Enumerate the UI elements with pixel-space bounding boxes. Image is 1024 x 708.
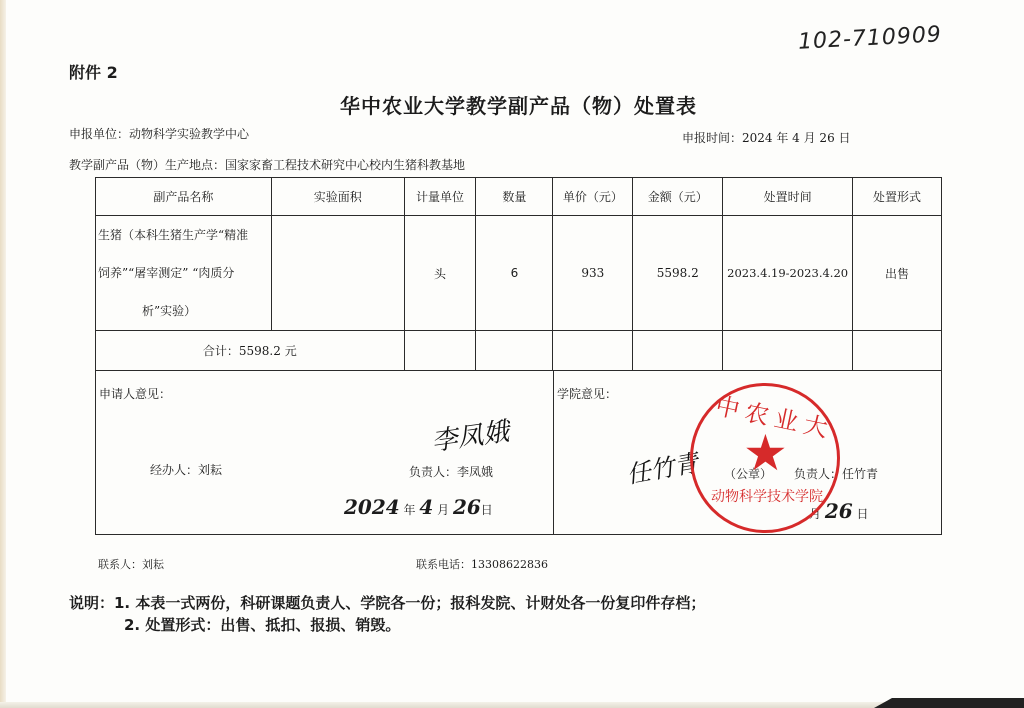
attachment-label: 附件 2 bbox=[69, 60, 118, 83]
empty-cell bbox=[853, 331, 942, 371]
report-unit: 申报单位：动物科学实验教学中心 bbox=[69, 125, 249, 142]
day-label: 日 bbox=[481, 503, 493, 517]
total-cell: 合计：5598.2 元 bbox=[96, 331, 405, 371]
area-cell bbox=[271, 216, 404, 331]
applicant-opinion-section: 申请人意见： 经办人：刘耘 负责人：李凤娥 李凤娥 2024 年 4 月 26日 bbox=[95, 371, 554, 535]
header-cell: 处置时间 bbox=[723, 178, 853, 216]
production-location: 教学副产品（物）生产地点：国家家畜工程技术研究中心校内生猪科教基地 bbox=[69, 156, 465, 173]
note-line-2: 2. 处置形式：出售、抵扣、报损、销毁。 bbox=[124, 614, 400, 635]
handler-name: 经办人：刘耘 bbox=[150, 461, 222, 478]
empty-cell bbox=[404, 331, 476, 371]
empty-cell bbox=[553, 331, 633, 371]
contact-person: 联系人：刘耘 bbox=[98, 556, 164, 572]
header-cell: 副产品名称 bbox=[96, 178, 272, 216]
table-row: 生猪（本科生猪生产学“精准 饲养”“屠宰测定” “肉质分 析”实验） 头 6 9… bbox=[96, 216, 942, 331]
header-cell: 金额（元） bbox=[633, 178, 723, 216]
disposal-table: 副产品名称 实验面积 计量单位 数量 单价（元） 金额（元） 处置时间 处置形式… bbox=[95, 177, 942, 371]
official-seal: 中农业大 ★ 动物科学技术学院 bbox=[690, 383, 840, 533]
star-icon: ★ bbox=[743, 428, 788, 478]
background-corner bbox=[874, 698, 1024, 708]
applicant-sign-date: 2024 年 4 月 26日 bbox=[344, 495, 493, 519]
header-cell: 计量单位 bbox=[404, 178, 476, 216]
empty-cell bbox=[633, 331, 723, 371]
header-cell: 数量 bbox=[476, 178, 553, 216]
empty-cell bbox=[723, 331, 853, 371]
header-cell: 单价（元） bbox=[553, 178, 633, 216]
handwritten-month: 4 bbox=[419, 495, 433, 519]
table-header-row: 副产品名称 实验面积 计量单位 数量 单价（元） 金额（元） 处置时间 处置形式 bbox=[96, 178, 942, 216]
college-opinion-label: 学院意见： bbox=[557, 385, 617, 402]
unit-cell: 头 bbox=[404, 216, 476, 331]
college-signature: 任竹青 bbox=[624, 443, 701, 490]
handwritten-id: 102-710909 bbox=[798, 22, 943, 54]
responsible-person: 负责人：李凤娥 bbox=[409, 463, 493, 480]
applicant-opinion-label: 申请人意见： bbox=[99, 385, 171, 402]
product-name-line: 饲养”“屠宰测定” “肉质分 bbox=[98, 254, 271, 292]
year-label: 年 bbox=[404, 503, 416, 517]
product-name-line: 生猪（本科生猪生产学“精准 bbox=[98, 216, 271, 254]
note-line-1: 说明：1. 本表一式两份，科研课题负责人、学院各一份；报科发院、计财处各一份复印… bbox=[69, 592, 705, 613]
paper-shadow bbox=[0, 702, 1024, 708]
quantity-cell: 6 bbox=[476, 216, 553, 331]
disposal-time-cell: 2023.4.19-2023.4.20 bbox=[723, 216, 853, 331]
day-label: 日 bbox=[857, 507, 869, 521]
document-title: 华中农业大学教学副产品（物）处置表 bbox=[340, 90, 697, 119]
handwritten-day: 26 bbox=[453, 495, 481, 519]
handwritten-year: 2024 bbox=[344, 495, 400, 519]
handwritten-day: 26 bbox=[825, 499, 853, 523]
contact-phone: 联系电话：13308622836 bbox=[416, 556, 548, 572]
empty-cell bbox=[476, 331, 553, 371]
total-row: 合计：5598.2 元 bbox=[96, 331, 942, 371]
seal-bottom-text: 动物科学技术学院 bbox=[711, 486, 823, 506]
product-name-line: 析”实验） bbox=[98, 292, 271, 330]
month-label: 月 bbox=[437, 503, 449, 517]
paper-edge bbox=[0, 0, 6, 708]
header-cell: 实验面积 bbox=[271, 178, 404, 216]
disposal-form-cell: 出售 bbox=[853, 216, 942, 331]
report-date: 申报时间：2024 年 4 月 26 日 bbox=[682, 129, 851, 146]
unit-price-cell: 933 bbox=[553, 216, 633, 331]
header-cell: 处置形式 bbox=[853, 178, 942, 216]
amount-cell: 5598.2 bbox=[633, 216, 723, 331]
applicant-signature: 李凤娥 bbox=[429, 411, 511, 458]
product-name-cell: 生猪（本科生猪生产学“精准 饲养”“屠宰测定” “肉质分 析”实验） bbox=[96, 216, 272, 331]
